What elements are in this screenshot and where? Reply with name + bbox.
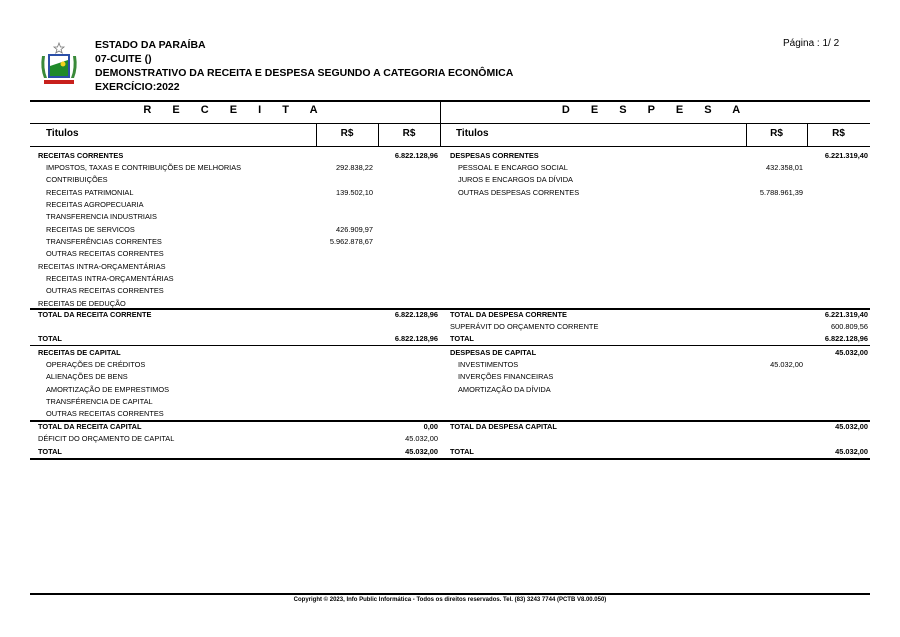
receita-correntes-label: RECEITAS CORRENTES — [38, 150, 123, 162]
receita-correntes-value: 292.838,22 — [298, 162, 373, 174]
despesa-totais-capital-label: TOTAL DA DESPESA CAPITAL — [450, 421, 557, 433]
receita-section-title: R E C E I T A — [30, 104, 440, 116]
receita-col-rs2: R$ — [378, 128, 440, 139]
despesa-capital-value: 45.032,00 — [728, 359, 803, 371]
receita-capital-label: RECEITAS DE CAPITAL — [38, 347, 121, 359]
receita-correntes-value: 5.962.878,67 — [298, 236, 373, 248]
despesa-totais-correntes-label: SUPERÁVIT DO ORÇAMENTO CORRENTE — [450, 321, 598, 333]
copyright-footer: Copyright © 2023, Info Public Informátic… — [0, 597, 900, 603]
footer-divider — [30, 593, 870, 595]
report-title: DEMONSTRATIVO DA RECEITA E DESPESA SEGUN… — [95, 66, 513, 80]
receita-capital-label: OUTRAS RECEITAS CORRENTES — [46, 408, 164, 420]
despesa-correntes-value: 5.788.961,39 — [728, 187, 803, 199]
entity-name: 07-CUITE () — [95, 52, 152, 66]
receita-totais-capital-total: 45.032,00 — [360, 446, 438, 458]
receita-correntes-value: 139.502,10 — [298, 187, 373, 199]
divider — [30, 146, 870, 147]
receita-totais-capital-total: 0,00 — [360, 421, 438, 433]
paraiba-coat-of-arms-icon — [38, 42, 80, 88]
despesa-col-rs2: R$ — [807, 128, 870, 139]
receita-correntes-value: 426.909,97 — [298, 224, 373, 236]
receita-capital-label: TRANSFÉRENCIA DE CAPITAL — [46, 396, 153, 408]
despesa-correntes-label: OUTRAS DESPESAS CORRENTES — [458, 187, 579, 199]
receita-correntes-label: CONTRIBUIÇÕES — [46, 174, 108, 186]
despesa-totais-capital-total: 45.032,00 — [790, 446, 868, 458]
receita-totais-correntes-total: 6.822.128,96 — [360, 333, 438, 345]
receita-capital-label: OPERAÇÕES DE CRÉDITOS — [46, 359, 145, 371]
receita-correntes-label: TRANSFERÊNCIAS CORRENTES — [46, 236, 162, 248]
receita-correntes-label: OUTRAS RECEITAS CORRENTES — [46, 248, 164, 260]
receita-correntes-label: IMPOSTOS, TAXAS E CONTRIBUIÇÕES DE MELHO… — [46, 162, 241, 174]
page-number: Página : 1/ 2 — [783, 38, 839, 49]
receita-correntes-label: RECEITAS INTRA-ORÇAMENTÁRIAS — [46, 273, 174, 285]
receita-correntes-label: OUTRAS RECEITAS CORRENTES — [46, 285, 164, 297]
receita-correntes-label: TRANSFERENCIA INDUSTRIAIS — [46, 211, 157, 223]
despesa-totais-correntes-label: TOTAL — [450, 333, 474, 345]
receita-correntes-total: 6.822.128,96 — [360, 150, 438, 162]
despesa-section-title: D E S P E S A — [441, 104, 870, 116]
despesa-col-titulos: Titulos — [456, 128, 489, 139]
despesa-capital-label: DESPESAS DE CAPITAL — [450, 347, 536, 359]
despesa-correntes-value: 432.358,01 — [728, 162, 803, 174]
receita-totais-capital-label: TOTAL — [38, 446, 62, 458]
despesa-col-rs1: R$ — [746, 128, 807, 139]
despesa-capital-label: INVERÇÕES FINANCEIRAS — [458, 371, 553, 383]
divider — [30, 123, 870, 124]
receita-totais-correntes-label: TOTAL DA RECEITA CORRENTE — [38, 309, 151, 321]
despesa-totais-correntes-total: 6.221.319,40 — [790, 309, 868, 321]
receita-totais-capital-label: DÉFICIT DO ORÇAMENTO DE CAPITAL — [38, 433, 174, 445]
receita-col-titulos: Titulos — [46, 128, 79, 139]
exercise-year: EXERCÍCIO:2022 — [95, 80, 180, 94]
despesa-totais-capital-total: 45.032,00 — [790, 421, 868, 433]
divider — [30, 458, 870, 460]
despesa-capital-label: AMORTIZAÇÃO DA DÍVIDA — [458, 384, 551, 396]
divider — [30, 100, 870, 102]
receita-capital-label: ALIENAÇÕES DE BENS — [46, 371, 128, 383]
despesa-correntes-total: 6.221.319,40 — [790, 150, 868, 162]
receita-correntes-label: RECEITAS DE SERVICOS — [46, 224, 135, 236]
despesa-correntes-label: JUROS E ENCARGOS DA DÍVIDA — [458, 174, 573, 186]
receita-totais-capital-label: TOTAL DA RECEITA CAPITAL — [38, 421, 141, 433]
despesa-totais-correntes-total: 600.809,56 — [790, 321, 868, 333]
receita-capital-label: AMORTIZAÇÃO DE EMPRESTIMOS — [46, 384, 169, 396]
receita-correntes-label: RECEITAS PATRIMONIAL — [46, 187, 133, 199]
despesa-totais-correntes-label: TOTAL DA DESPESA CORRENTE — [450, 309, 567, 321]
receita-totais-capital-total: 45.032,00 — [360, 433, 438, 445]
receita-totais-correntes-label: TOTAL — [38, 333, 62, 345]
despesa-correntes-label: PESSOAL E ENCARGO SOCIAL — [458, 162, 568, 174]
receita-totais-correntes-total: 6.822.128,96 — [360, 309, 438, 321]
despesa-totais-correntes-total: 6.822.128,96 — [790, 333, 868, 345]
receita-col-rs1: R$ — [316, 128, 378, 139]
despesa-totais-capital-label: TOTAL — [450, 446, 474, 458]
despesa-capital-label: INVESTIMENTOS — [458, 359, 518, 371]
receita-correntes-label: RECEITAS AGROPECUARIA — [46, 199, 144, 211]
despesa-capital-total: 45.032,00 — [790, 347, 868, 359]
receita-correntes-label: RECEITAS INTRA-ORÇAMENTÁRIAS — [38, 261, 166, 273]
despesa-correntes-label: DESPESAS CORRENTES — [450, 150, 539, 162]
state-name: ESTADO DA PARAÍBA — [95, 38, 206, 52]
